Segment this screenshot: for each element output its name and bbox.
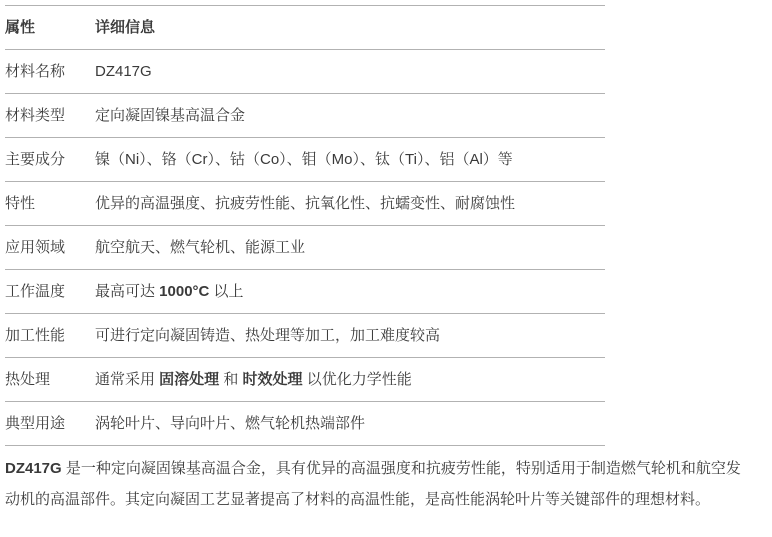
material-info-document: 属性 详细信息 材料名称 DZ417G 材料类型 定向凝固镍基高温合金 主要成分… [0, 0, 772, 515]
row-label: 材料名称 [5, 50, 95, 94]
text-segment: 以优化力学性能 [303, 371, 412, 388]
text-segment: 和 [219, 371, 242, 388]
row-label: 加工性能 [5, 314, 95, 358]
table-row-working-temperature: 工作温度 最高可达 1000°C 以上 [5, 270, 605, 314]
row-value: 最高可达 1000°C 以上 [95, 270, 605, 314]
table-row-processing-performance: 加工性能 可进行定向凝固铸造、热处理等加工，加工难度较高 [5, 314, 605, 358]
text-segment-bold: 1000°C [159, 283, 209, 300]
table-header-row: 属性 详细信息 [5, 6, 605, 50]
table-row-material-type: 材料类型 定向凝固镍基高温合金 [5, 94, 605, 138]
summary-paragraph: DZ417G 是一种定向凝固镍基高温合金，具有优异的高温强度和抗疲劳性能，特别适… [5, 453, 747, 515]
row-value: DZ417G [95, 50, 605, 94]
table-row-main-components: 主要成分 镍（Ni）、铬（Cr）、钴（Co）、钼（Mo）、钛（Ti）、铝（Al）… [5, 138, 605, 182]
row-value: 航空航天、燃气轮机、能源工业 [95, 226, 605, 270]
text-segment: 最高可达 [95, 283, 159, 300]
row-label: 特性 [5, 182, 95, 226]
row-label: 热处理 [5, 358, 95, 402]
text-segment-bold: 时效处理 [243, 371, 303, 388]
row-label: 主要成分 [5, 138, 95, 182]
table-row-application-fields: 应用领域 航空航天、燃气轮机、能源工业 [5, 226, 605, 270]
summary-text: 是一种定向凝固镍基高温合金，具有优异的高温强度和抗疲劳性能，特别适用于制造燃气轮… [5, 460, 741, 508]
summary-material-name-bold: DZ417G [5, 460, 62, 477]
text-segment: 通常采用 [95, 371, 159, 388]
row-value: 定向凝固镍基高温合金 [95, 94, 605, 138]
column-header-details: 详细信息 [95, 6, 605, 50]
row-value: 优异的高温强度、抗疲劳性能、抗氧化性、抗蠕变性、耐腐蚀性 [95, 182, 605, 226]
row-label: 典型用途 [5, 402, 95, 446]
table-row-heat-treatment: 热处理 通常采用 固溶处理 和 时效处理 以优化力学性能 [5, 358, 605, 402]
row-label: 应用领域 [5, 226, 95, 270]
material-properties-table: 属性 详细信息 材料名称 DZ417G 材料类型 定向凝固镍基高温合金 主要成分… [5, 5, 605, 446]
table-row-material-name: 材料名称 DZ417G [5, 50, 605, 94]
column-header-attribute: 属性 [5, 6, 95, 50]
text-segment-bold: 固溶处理 [159, 371, 219, 388]
table-row-characteristics: 特性 优异的高温强度、抗疲劳性能、抗氧化性、抗蠕变性、耐腐蚀性 [5, 182, 605, 226]
row-label: 工作温度 [5, 270, 95, 314]
text-segment: 以上 [209, 283, 243, 300]
row-value: 涡轮叶片、导向叶片、燃气轮机热端部件 [95, 402, 605, 446]
row-label: 材料类型 [5, 94, 95, 138]
row-value: 通常采用 固溶处理 和 时效处理 以优化力学性能 [95, 358, 605, 402]
table-row-typical-uses: 典型用途 涡轮叶片、导向叶片、燃气轮机热端部件 [5, 402, 605, 446]
row-value: 镍（Ni）、铬（Cr）、钴（Co）、钼（Mo）、钛（Ti）、铝（Al）等 [95, 138, 605, 182]
row-value: 可进行定向凝固铸造、热处理等加工，加工难度较高 [95, 314, 605, 358]
